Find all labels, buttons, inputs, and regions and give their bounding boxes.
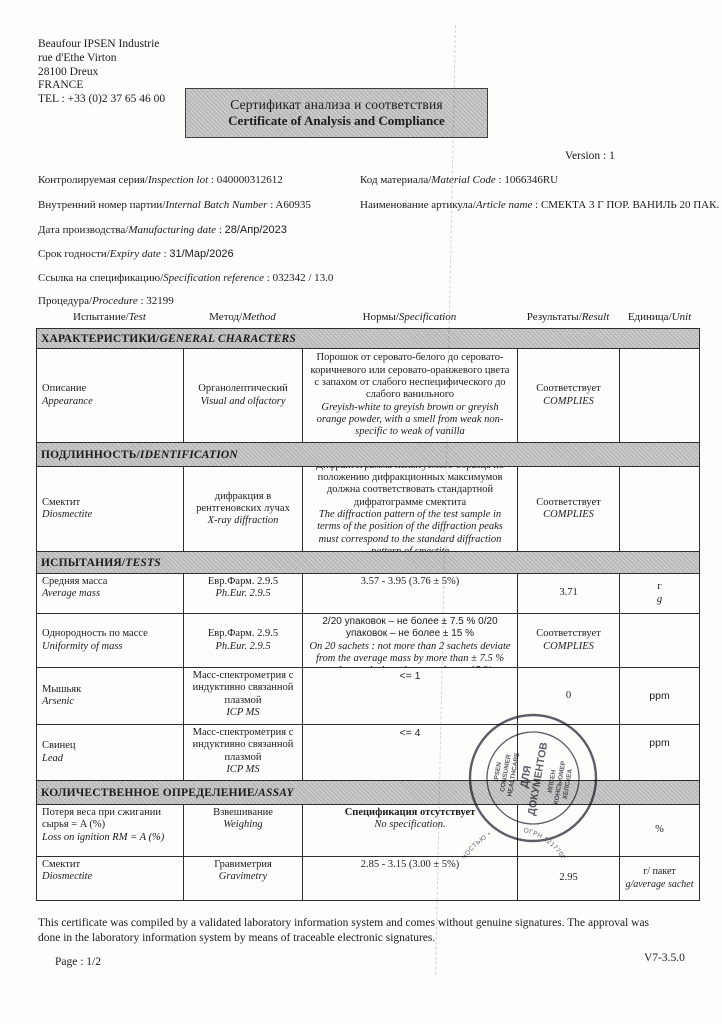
- cell-method: Гравиметрия Gravimetry: [184, 857, 303, 900]
- field-spec-reference: Ссылка на спецификациюSpecification refe…: [38, 272, 333, 284]
- label-en: Expiry date: [110, 248, 161, 260]
- field-procedure: ПроцедураProcedure32199: [38, 295, 174, 307]
- unit: %: [655, 824, 664, 836]
- row-diosmectite-identification: Смектит Diosmectite дифракция в рентгено…: [37, 467, 699, 552]
- address-phone: TEL : +33 (0)2 37 65 46 00: [38, 93, 165, 107]
- cell-method: Взвешивание Weighing: [184, 805, 303, 856]
- method-en: ICP MS: [226, 707, 259, 719]
- label-en: Article name: [476, 199, 533, 211]
- result-en: COMPLIES: [543, 396, 594, 408]
- field-value: A60935: [275, 199, 310, 211]
- label-en: Specification reference: [163, 272, 264, 284]
- result-value: 2.95: [559, 872, 577, 884]
- col-header-result: РезультатыResult: [517, 311, 619, 328]
- method-en: ICP MS: [226, 764, 259, 776]
- test-ru: Средняя масса: [42, 576, 107, 588]
- method-en: Visual and olfactory: [201, 396, 286, 408]
- cell-method: Евр.Фарм. 2.9.5 Ph.Eur. 2.9.5: [184, 574, 303, 613]
- cell-test: Смектит Diosmectite: [37, 467, 184, 551]
- field-material-code: Код материалаMaterial Code1066346RU: [360, 174, 558, 186]
- document-title-box: Сертификат анализа и соответствия Certif…: [185, 88, 488, 138]
- label-en: Manufacturing date: [128, 224, 216, 236]
- colon: [208, 174, 217, 186]
- test-en: Diosmectite: [42, 509, 92, 521]
- spec-value: 3.57 - 3.95 (3.76 ± 5%): [361, 576, 460, 588]
- version-label: Version : 1: [565, 150, 615, 162]
- label-ru: Наименование артикула: [360, 199, 473, 211]
- address-city: 28100 Dreux: [38, 66, 165, 80]
- address-street: rue d'Ethe Virton: [38, 52, 165, 66]
- section-general-characters: ХАРАКТЕРИСТИКИGENERAL CHARACTERS: [37, 329, 699, 349]
- address-country: FRANCE: [38, 79, 165, 93]
- method-en: X-ray diffraction: [208, 515, 279, 527]
- method-ru: дифракция в рентгеновских лучах: [188, 491, 298, 516]
- cell-test: Средняя масса Average mass: [37, 574, 184, 613]
- cell-result: Соответствует COMPLIES: [518, 614, 620, 667]
- cell-specification: <= 4: [303, 725, 518, 780]
- row-diosmectite-assay: Смектит Diosmectite Гравиметрия Gravimet…: [37, 857, 699, 900]
- result-value: 0: [566, 690, 571, 702]
- field-value: 31/Мар/2026: [169, 248, 233, 260]
- colon: [216, 224, 225, 236]
- section-label-ru: ХАРАКТЕРИСТИКИ: [41, 333, 156, 345]
- spec-en: Greyish-white to greyish brown or greyis…: [307, 402, 513, 439]
- disclaimer-text: This certificate was compiled by a valid…: [38, 916, 656, 946]
- cell-test: Описание Appearance: [37, 349, 184, 442]
- section-label-en: GENERAL CHARACTERS: [160, 333, 296, 345]
- document-title-en: Certificate of Analysis and Compliance: [228, 113, 445, 129]
- result-ru: Соответствует: [536, 497, 600, 509]
- colon: [264, 272, 273, 284]
- unit-ru: г/ пакет: [643, 866, 676, 878]
- spec-value: <= 4: [399, 727, 420, 739]
- field-article-name: Наименование артикулаArticle nameСМЕКТА …: [360, 199, 719, 211]
- cell-test: Потеря веса при сжигании сырья = A (%) L…: [37, 805, 184, 856]
- method-ru: Масс-спектрометрия с индуктивно связанно…: [188, 727, 298, 764]
- table-column-headers: ИспытаниеTest МетодMethod НормыSpecifica…: [36, 311, 700, 328]
- company-name: Beaufour IPSEN Industrie: [38, 38, 165, 52]
- section-label-ru: КОЛИЧЕСТВЕННОЕ ОПРЕДЕЛЕНИЕ: [41, 787, 255, 799]
- row-average-mass: Средняя масса Average mass Евр.Фарм. 2.9…: [37, 574, 699, 614]
- certificate-page: Beaufour IPSEN Industrie rue d'Ethe Virt…: [0, 0, 722, 1024]
- spec-ru: Порошок от серовато-белого до серовато-к…: [307, 352, 513, 401]
- result-ru: Соответствует: [536, 383, 600, 395]
- label-en: Inspection lot: [148, 174, 208, 186]
- label-ru: Контролируемая серия: [38, 174, 145, 186]
- cell-method: Органолептический Visual and olfactory: [184, 349, 303, 442]
- test-ru: Однородность по массе: [42, 628, 148, 640]
- unit: ppm: [649, 690, 669, 702]
- section-identification: ПОДЛИННОСТЬIDENTIFICATION: [37, 443, 699, 467]
- result-en: COMPLIES: [543, 509, 594, 521]
- cell-specification: 2/20 упаковок – не более ± 7.5 % 0/20 уп…: [303, 614, 518, 667]
- spec-en: The diffraction pattern of the test samp…: [307, 509, 513, 551]
- colon: [138, 295, 147, 307]
- cell-method: Масс-спектрометрия с индуктивно связанно…: [184, 668, 303, 724]
- test-ru: Потеря веса при сжигании сырья = A (%): [42, 807, 179, 832]
- cell-unit: г g: [620, 574, 699, 613]
- result-en: COMPLIES: [543, 641, 594, 653]
- test-ru: Свинец: [42, 740, 75, 752]
- spec-ru: Дифрактограмма испытуемого образца по по…: [307, 467, 513, 509]
- spec-value: 2.85 - 3.15 (3.00 ± 5%): [361, 859, 460, 871]
- field-value: 28/Апр/2023: [225, 224, 287, 236]
- field-value: 1066346RU: [504, 174, 558, 186]
- test-ru: Мышьяк: [42, 684, 81, 696]
- test-ru: Описание: [42, 383, 86, 395]
- col-header-specification: НормыSpecification: [302, 311, 517, 328]
- cell-specification: Спецификация отсутствует No specificatio…: [303, 805, 518, 856]
- label-en: Material Code: [431, 174, 495, 186]
- field-inspection-lot: Контролируемая серияInspection lot040000…: [38, 174, 283, 186]
- section-tests: ИСПЫТАНИЯTESTS: [37, 552, 699, 574]
- unit-en: g: [657, 594, 662, 606]
- spec-en: On 20 sachets : not more than 2 sachets …: [307, 641, 513, 667]
- cell-method: Масс-спектрометрия с индуктивно связанно…: [184, 725, 303, 780]
- test-en: Arsenic: [42, 696, 74, 708]
- row-arsenic: Мышьяк Arsenic Масс-спектрометрия с инду…: [37, 668, 699, 725]
- cell-specification: 3.57 - 3.95 (3.76 ± 5%): [303, 574, 518, 613]
- method-ru: Органолептический: [198, 383, 287, 395]
- spec-ru: 2/20 упаковок – не более ± 7.5 % 0/20 уп…: [307, 616, 513, 641]
- label-en: Procedure: [92, 295, 138, 307]
- test-ru: Смектит: [42, 497, 80, 509]
- field-manufacturing-date: Дата производстваManufacturing date28/Ап…: [38, 224, 287, 236]
- result-value: 3.71: [559, 587, 577, 599]
- col-header-unit: ЕдиницаUnit: [619, 311, 700, 328]
- section-label-en: TESTS: [125, 557, 161, 569]
- method-en: Weighing: [223, 819, 262, 831]
- row-lead: Свинец Lead Масс-спектрометрия с индукти…: [37, 725, 699, 781]
- test-en: Uniformity of mass: [42, 641, 123, 653]
- cell-unit: ppm: [620, 668, 699, 724]
- spec-value: <= 1: [399, 670, 420, 682]
- label-ru: Дата производства: [38, 224, 125, 236]
- col-header-method: МетодMethod: [183, 311, 302, 328]
- test-en: Average mass: [42, 588, 100, 600]
- cell-specification: Порошок от серовато-белого до серовато-к…: [303, 349, 518, 442]
- label-ru: Внутренний номер партии: [38, 199, 162, 211]
- method-en: Ph.Eur. 2.9.5: [215, 588, 270, 600]
- cell-result: Соответствует COMPLIES: [518, 349, 620, 442]
- cell-specification: Дифрактограмма испытуемого образца по по…: [303, 467, 518, 551]
- col-header-test: ИспытаниеTest: [36, 311, 183, 328]
- unit: ppm: [649, 737, 669, 749]
- unit-ru: г: [657, 581, 661, 593]
- test-en: Lead: [42, 753, 63, 765]
- table-body: ХАРАКТЕРИСТИКИGENERAL CHARACTERS Описани…: [36, 328, 700, 901]
- test-ru: Смектит: [42, 859, 80, 871]
- cell-result: [518, 725, 620, 780]
- cell-method: дифракция в рентгеновских лучах X-ray di…: [184, 467, 303, 551]
- cell-unit: [620, 614, 699, 667]
- row-loss-on-ignition: Потеря веса при сжигании сырья = A (%) L…: [37, 805, 699, 857]
- cell-test: Свинец Lead: [37, 725, 184, 780]
- method-ru: Взвешивание: [213, 807, 273, 819]
- test-en: Loss on ignition RM = A (%): [42, 832, 164, 844]
- cell-test: Однородность по массе Uniformity of mass: [37, 614, 184, 667]
- document-title-ru: Сертификат анализа и соответствия: [230, 97, 443, 113]
- cell-unit: [620, 349, 699, 442]
- cell-specification: <= 1: [303, 668, 518, 724]
- field-value: 040000312612: [217, 174, 283, 186]
- spec-en: No specification.: [374, 819, 445, 831]
- cell-result: [518, 805, 620, 856]
- row-appearance: Описание Appearance Органолептический Vi…: [37, 349, 699, 443]
- unit-en: g/average sachet: [625, 879, 693, 891]
- field-expiry-date: Срок годностиExpiry date31/Мар/2026: [38, 248, 234, 260]
- field-value: СМЕКТА 3 Г ПОР. ВАНИЛЬ 20 ПАК.: [541, 199, 719, 211]
- result-ru: Соответствует: [536, 628, 600, 640]
- label-ru: Код материала: [360, 174, 428, 186]
- page-number: Page : 1/2: [55, 956, 101, 968]
- cell-result: Соответствует COMPLIES: [518, 467, 620, 551]
- label-en: Internal Batch Number: [165, 199, 267, 211]
- section-label-en: IDENTIFICATION: [140, 449, 238, 461]
- cell-unit: %: [620, 805, 699, 856]
- row-uniformity-of-mass: Однородность по массе Uniformity of mass…: [37, 614, 699, 668]
- field-internal-batch: Внутренний номер партииInternal Batch Nu…: [38, 199, 311, 211]
- cell-result: 3.71: [518, 574, 620, 613]
- section-label-ru: ПОДЛИННОСТЬ: [41, 449, 137, 461]
- field-value: 032342 / 13.0: [273, 272, 334, 284]
- test-en: Appearance: [42, 396, 93, 408]
- company-address: Beaufour IPSEN Industrie rue d'Ethe Virt…: [38, 38, 165, 107]
- colon: [532, 199, 541, 211]
- method-en: Gravimetry: [219, 871, 267, 883]
- section-label-ru: ИСПЫТАНИЯ: [41, 557, 122, 569]
- label-ru: Срок годности: [38, 248, 107, 260]
- cell-test: Смектит Diosmectite: [37, 857, 184, 900]
- spec-ru: Спецификация отсутствует: [345, 807, 476, 819]
- cell-specification: 2.85 - 3.15 (3.00 ± 5%): [303, 857, 518, 900]
- cell-unit: ppm: [620, 725, 699, 780]
- method-ru: Гравиметрия: [214, 859, 272, 871]
- method-en: Ph.Eur. 2.9.5: [215, 641, 270, 653]
- method-ru: Евр.Фарм. 2.9.5: [208, 576, 278, 588]
- label-ru: Процедура: [38, 295, 89, 307]
- cell-unit: г/ пакет g/average sachet: [620, 857, 699, 900]
- method-ru: Евр.Фарм. 2.9.5: [208, 628, 278, 640]
- cell-result: 0: [518, 668, 620, 724]
- section-assay: КОЛИЧЕСТВЕННОЕ ОПРЕДЕЛЕНИЕASSAY: [37, 781, 699, 805]
- cell-result: 2.95: [518, 857, 620, 900]
- cell-method: Евр.Фарм. 2.9.5 Ph.Eur. 2.9.5: [184, 614, 303, 667]
- section-label-en: ASSAY: [258, 787, 294, 799]
- field-value: 32199: [146, 295, 174, 307]
- cell-unit: [620, 467, 699, 551]
- method-ru: Масс-спектрометрия с индуктивно связанно…: [188, 670, 298, 707]
- cell-test: Мышьяк Arsenic: [37, 668, 184, 724]
- test-en: Diosmectite: [42, 871, 92, 883]
- label-ru: Ссылка на спецификацию: [38, 272, 160, 284]
- results-table: ИспытаниеTest МетодMethod НормыSpecifica…: [36, 311, 700, 901]
- system-version-code: V7-3.5.0: [644, 952, 685, 964]
